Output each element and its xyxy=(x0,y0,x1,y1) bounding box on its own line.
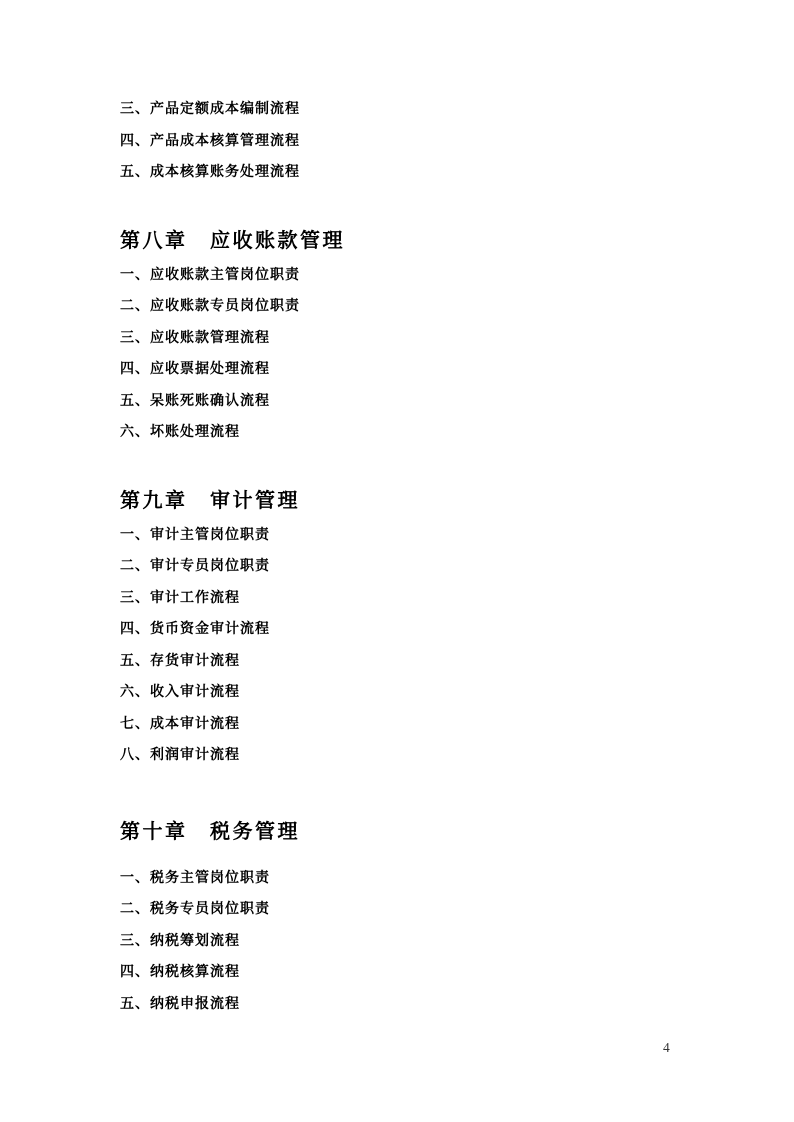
chapter-8-heading: 第八章 应收账款管理 xyxy=(120,220,754,260)
chapter-10-items: 一、税务主管岗位职责 二、税务专员岗位职责 三、纳税筹划流程 四、纳税核算流程 … xyxy=(120,863,754,1021)
chapter-8-items: 一、应收账款主管岗位职责 二、应收账款专员岗位职责 三、应收账款管理流程 四、应… xyxy=(120,260,754,449)
chapter-9-heading: 第九章 审计管理 xyxy=(120,480,754,520)
toc-item: 八、利润审计流程 xyxy=(120,740,754,772)
toc-item: 六、坏账处理流程 xyxy=(120,417,754,449)
toc-item: 二、审计专员岗位职责 xyxy=(120,551,754,583)
toc-item: 五、成本核算账务处理流程 xyxy=(120,157,754,189)
toc-item: 四、货币资金审计流程 xyxy=(120,614,754,646)
chapter-10-section: 第十章 税务管理 一、税务主管岗位职责 二、税务专员岗位职责 三、纳税筹划流程 … xyxy=(120,811,754,1021)
page-number: 4 xyxy=(663,1040,670,1056)
toc-item: 四、产品成本核算管理流程 xyxy=(120,126,754,158)
toc-item: 一、税务主管岗位职责 xyxy=(120,863,754,895)
toc-item: 一、审计主管岗位职责 xyxy=(120,520,754,552)
toc-item: 二、应收账款专员岗位职责 xyxy=(120,291,754,323)
document-page: 三、产品定额成本编制流程 四、产品成本核算管理流程 五、成本核算账务处理流程 第… xyxy=(0,0,794,1122)
toc-item: 五、存货审计流程 xyxy=(120,646,754,678)
chapter-8-section: 第八章 应收账款管理 一、应收账款主管岗位职责 二、应收账款专员岗位职责 三、应… xyxy=(120,220,754,449)
chapter-9-section: 第九章 审计管理 一、审计主管岗位职责 二、审计专员岗位职责 三、审计工作流程 … xyxy=(120,480,754,772)
toc-item: 二、税务专员岗位职责 xyxy=(120,894,754,926)
toc-item: 四、纳税核算流程 xyxy=(120,957,754,989)
toc-item: 三、纳税筹划流程 xyxy=(120,926,754,958)
toc-item: 四、应收票据处理流程 xyxy=(120,354,754,386)
toc-item: 五、纳税申报流程 xyxy=(120,989,754,1021)
chapter-10-heading: 第十章 税务管理 xyxy=(120,811,754,851)
toc-item: 三、应收账款管理流程 xyxy=(120,323,754,355)
toc-content: 三、产品定额成本编制流程 四、产品成本核算管理流程 五、成本核算账务处理流程 第… xyxy=(120,94,754,1020)
toc-item: 三、审计工作流程 xyxy=(120,583,754,615)
toc-item: 三、产品定额成本编制流程 xyxy=(120,94,754,126)
chapter-9-items: 一、审计主管岗位职责 二、审计专员岗位职责 三、审计工作流程 四、货币资金审计流… xyxy=(120,520,754,772)
toc-item: 一、应收账款主管岗位职责 xyxy=(120,260,754,292)
toc-item: 七、成本审计流程 xyxy=(120,709,754,741)
chapter-7-trailing-items: 三、产品定额成本编制流程 四、产品成本核算管理流程 五、成本核算账务处理流程 xyxy=(120,94,754,189)
toc-item: 六、收入审计流程 xyxy=(120,677,754,709)
toc-item: 五、呆账死账确认流程 xyxy=(120,386,754,418)
